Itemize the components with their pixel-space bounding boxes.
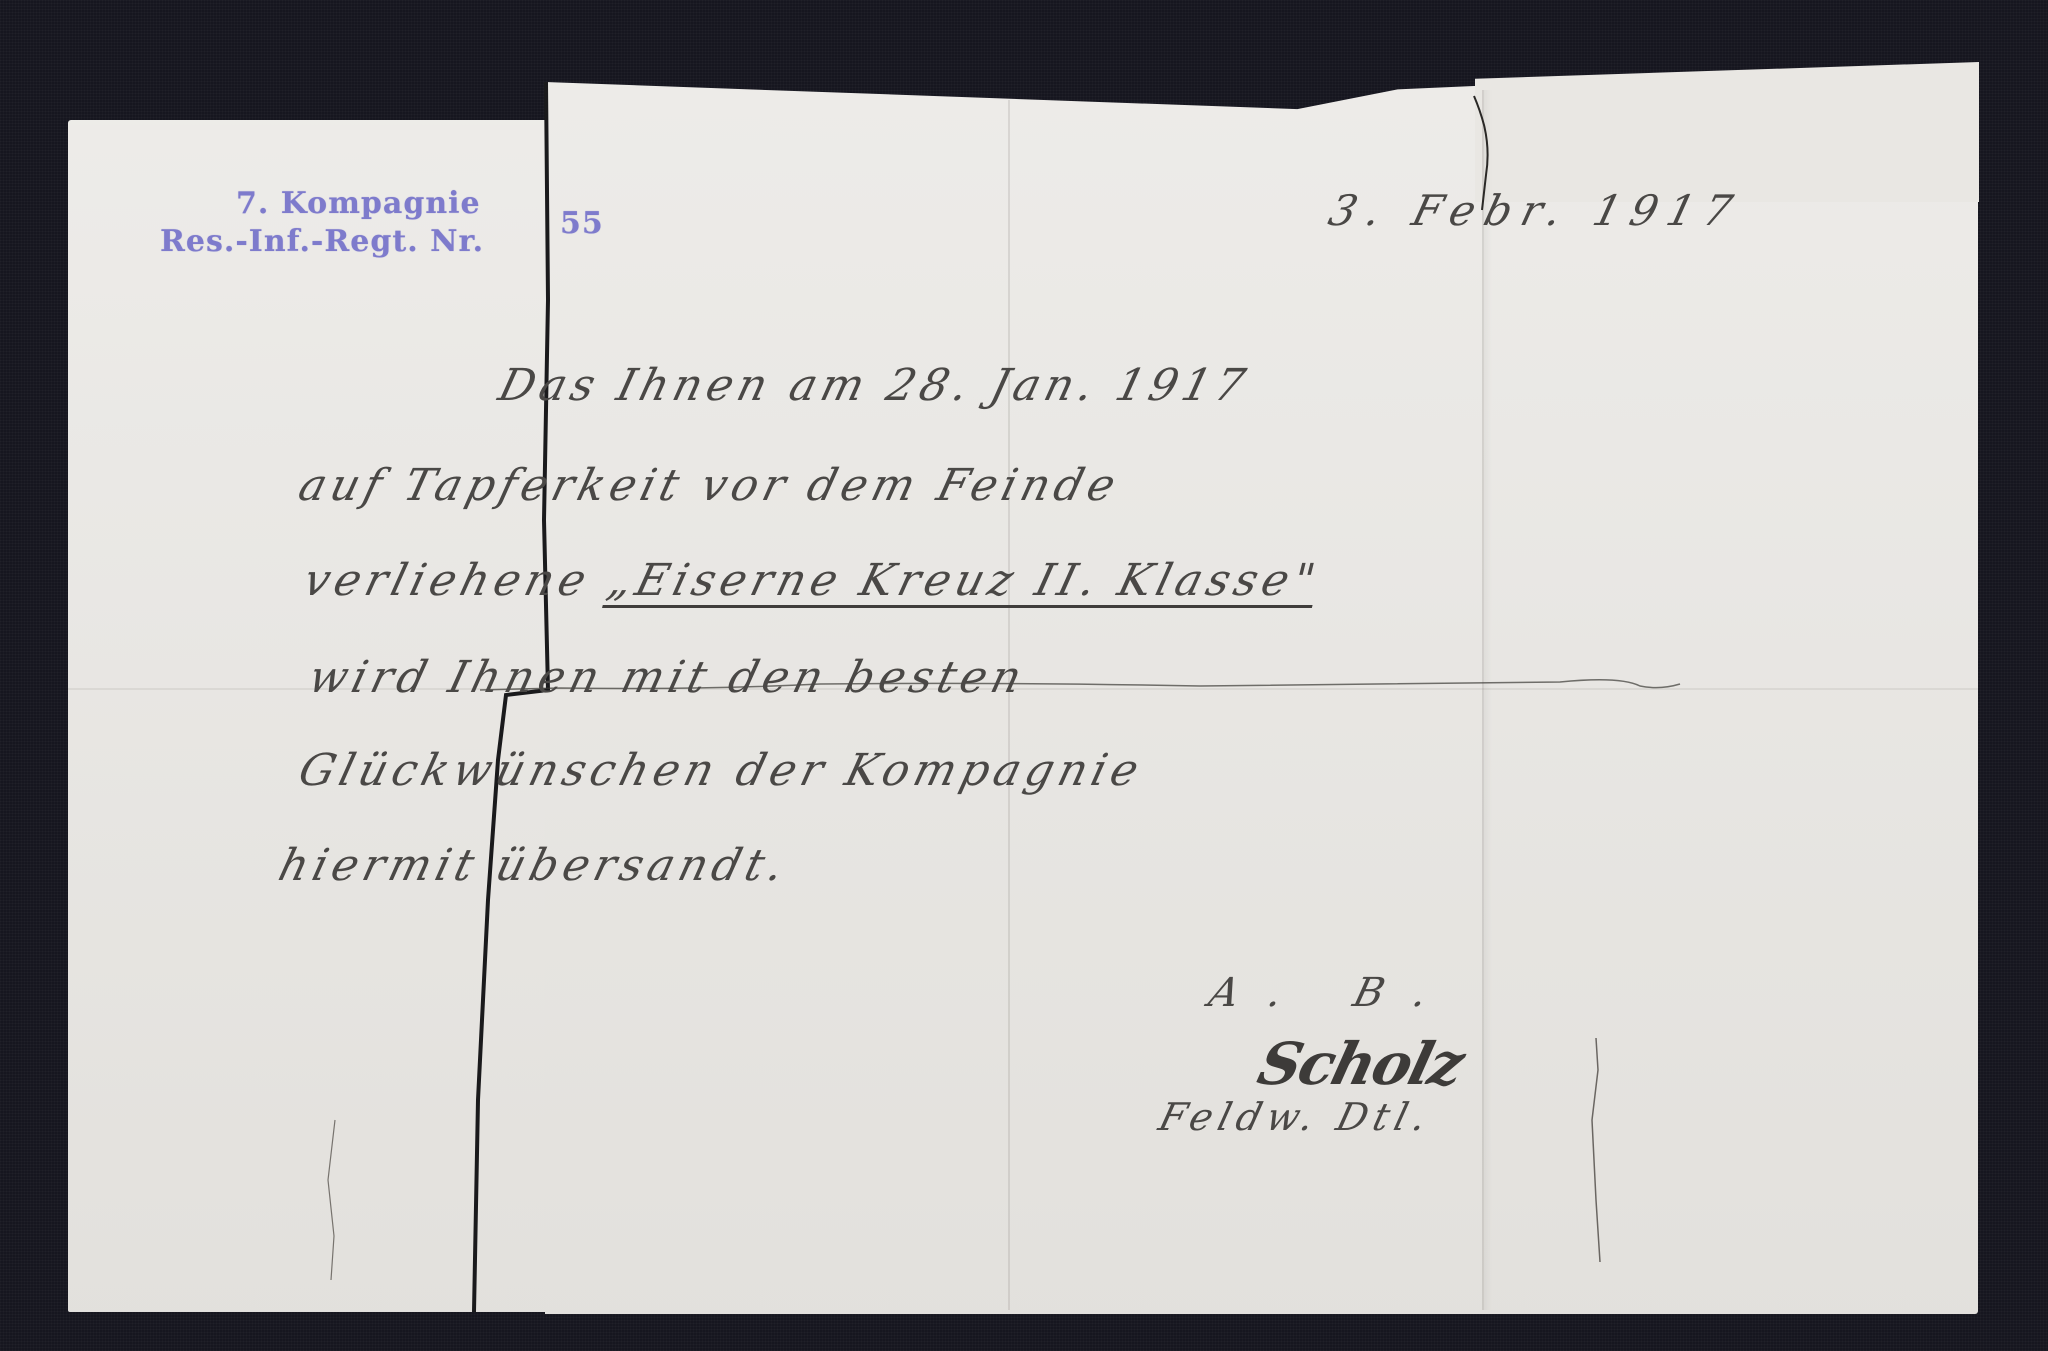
body-line-3: verliehene „Eiserne Kreuz II. Klasse" (299, 555, 1325, 606)
body-line-6: hiermit übersandt. (274, 840, 794, 891)
award-name: „Eiserne Kreuz II. Klasse" (603, 555, 1326, 606)
company-stamp-line2: Res.-Inf.-Regt. Nr. (160, 224, 484, 259)
body-line-5: Glückwünschen der Kompagnie (294, 745, 1149, 796)
letter-torn-corner (1475, 62, 1979, 202)
company-stamp-line1: 7. Kompagnie (236, 186, 481, 221)
fold-crease-vertical (1008, 100, 1010, 1310)
closing-initials: A. B. (1204, 970, 1462, 1016)
body-line-1: Das Ihnen am 28. Jan. 1917 (494, 360, 1255, 411)
letter-left-panel (68, 120, 548, 1312)
body-line-3-text: verliehene (299, 555, 597, 606)
fold-shadow (1482, 90, 1492, 1310)
document-photo: 7. Kompagnie Res.-Inf.-Regt. Nr. 55 3. F… (0, 0, 2048, 1351)
letter-date: 3. Febr. 1917 (1324, 186, 1747, 235)
regiment-number-stamp: 55 (560, 206, 604, 241)
signature: Scholz (1252, 1030, 1470, 1098)
body-line-2: auf Tapferkeit vor dem Feinde (294, 460, 1126, 511)
signatory-title: Feldw. Dtl. (1155, 1095, 1437, 1139)
body-line-4: wird Ihnen mit den besten (304, 652, 1032, 703)
